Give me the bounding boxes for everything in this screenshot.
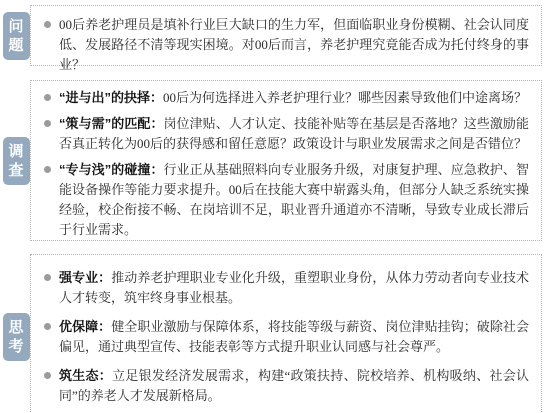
item-lead: 筑生态： [59,368,112,383]
bullet-icon [44,372,51,379]
bullet-icon [44,323,51,330]
list-item: “专与浅”的碰撞：行业正从基础照料向专业服务升级，对康复护理、应急救护、智能设备… [31,160,529,240]
item-text: 立足银发经济发展需求，构建“政策扶持、院校培养、机构吸纳、社会认同”的养老人才发… [59,368,529,403]
content-box: 00后养老护理员是填补行业巨大缺口的生力军，但面临职业身份模糊、社会认同度低、发… [30,5,542,66]
item-lead: “专与浅”的碰撞： [59,162,164,177]
list-item: 强专业：推动养老护理职业专业化升级，重塑职业身份，从体力劳动者向专业技术人才转变… [31,268,529,308]
bullet-icon [44,120,51,127]
section-reflection: 思考 强专业：推动养老护理职业专业化升级，重塑职业身份，从体力劳动者向专业技术人… [0,254,550,413]
item-text: 00后为何选择进入养老护理行业？哪些因素导致他们中途离场？ [163,90,527,105]
section-tab-investigation: 调查 [3,137,30,185]
section-problem: 问题 00后养老护理员是填补行业巨大缺口的生力军，但面临职业身份模糊、社会认同度… [0,5,550,66]
page: 问题 00后养老护理员是填补行业巨大缺口的生力军，但面临职业身份模糊、社会认同度… [0,0,550,413]
bullet-icon [44,274,51,281]
item-lead: “进与出”的抉择： [59,90,163,105]
list-item: 00后养老护理员是填补行业巨大缺口的生力军，但面临职业身份模糊、社会认同度低、发… [31,15,529,75]
section-tab-reflection: 思考 [3,313,30,361]
list-item: 筑生态：立足银发经济发展需求，构建“政策扶持、院校培养、机构吸纳、社会认同”的养… [31,366,529,406]
section-investigation: 调查 “进与出”的抉择：00后为何选择进入养老护理行业？哪些因素导致他们中途离场… [0,80,550,241]
item-lead: 优保障： [59,319,111,334]
item-lead: 强专业： [59,270,111,285]
list-item: 优保障：健全职业激励与保障体系，将技能等级与薪资、岗位津贴挂钩；破除社会偏见，通… [31,317,529,357]
item-text: 00后养老护理员是填补行业巨大缺口的生力军，但面临职业身份模糊、社会认同度低、发… [59,17,529,72]
item-text: 推动养老护理职业专业化升级，重塑职业身份，从体力劳动者向专业技术人才转变，筑牢终… [59,270,529,305]
item-lead: “策与需”的匹配： [59,116,164,131]
section-tab-problem: 问题 [3,12,30,60]
bullet-icon [44,21,51,28]
list-item: “进与出”的抉择：00后为何选择进入养老护理行业？哪些因素导致他们中途离场？ [31,88,529,108]
bullet-icon [44,94,51,101]
item-text: 健全职业激励与保障体系，将技能等级与薪资、岗位津贴挂钩；破除社会偏见，通过典型宣… [59,319,529,354]
content-box: “进与出”的抉择：00后为何选择进入养老护理行业？哪些因素导致他们中途离场？ “… [30,80,542,241]
content-box: 强专业：推动养老护理职业专业化升级，重塑职业身份，从体力劳动者向专业技术人才转变… [30,254,542,413]
list-item: “策与需”的匹配：岗位津贴、人才认定、技能补贴等在基层是否落地？这些激励能否真正… [31,114,529,154]
bullet-icon [44,166,51,173]
